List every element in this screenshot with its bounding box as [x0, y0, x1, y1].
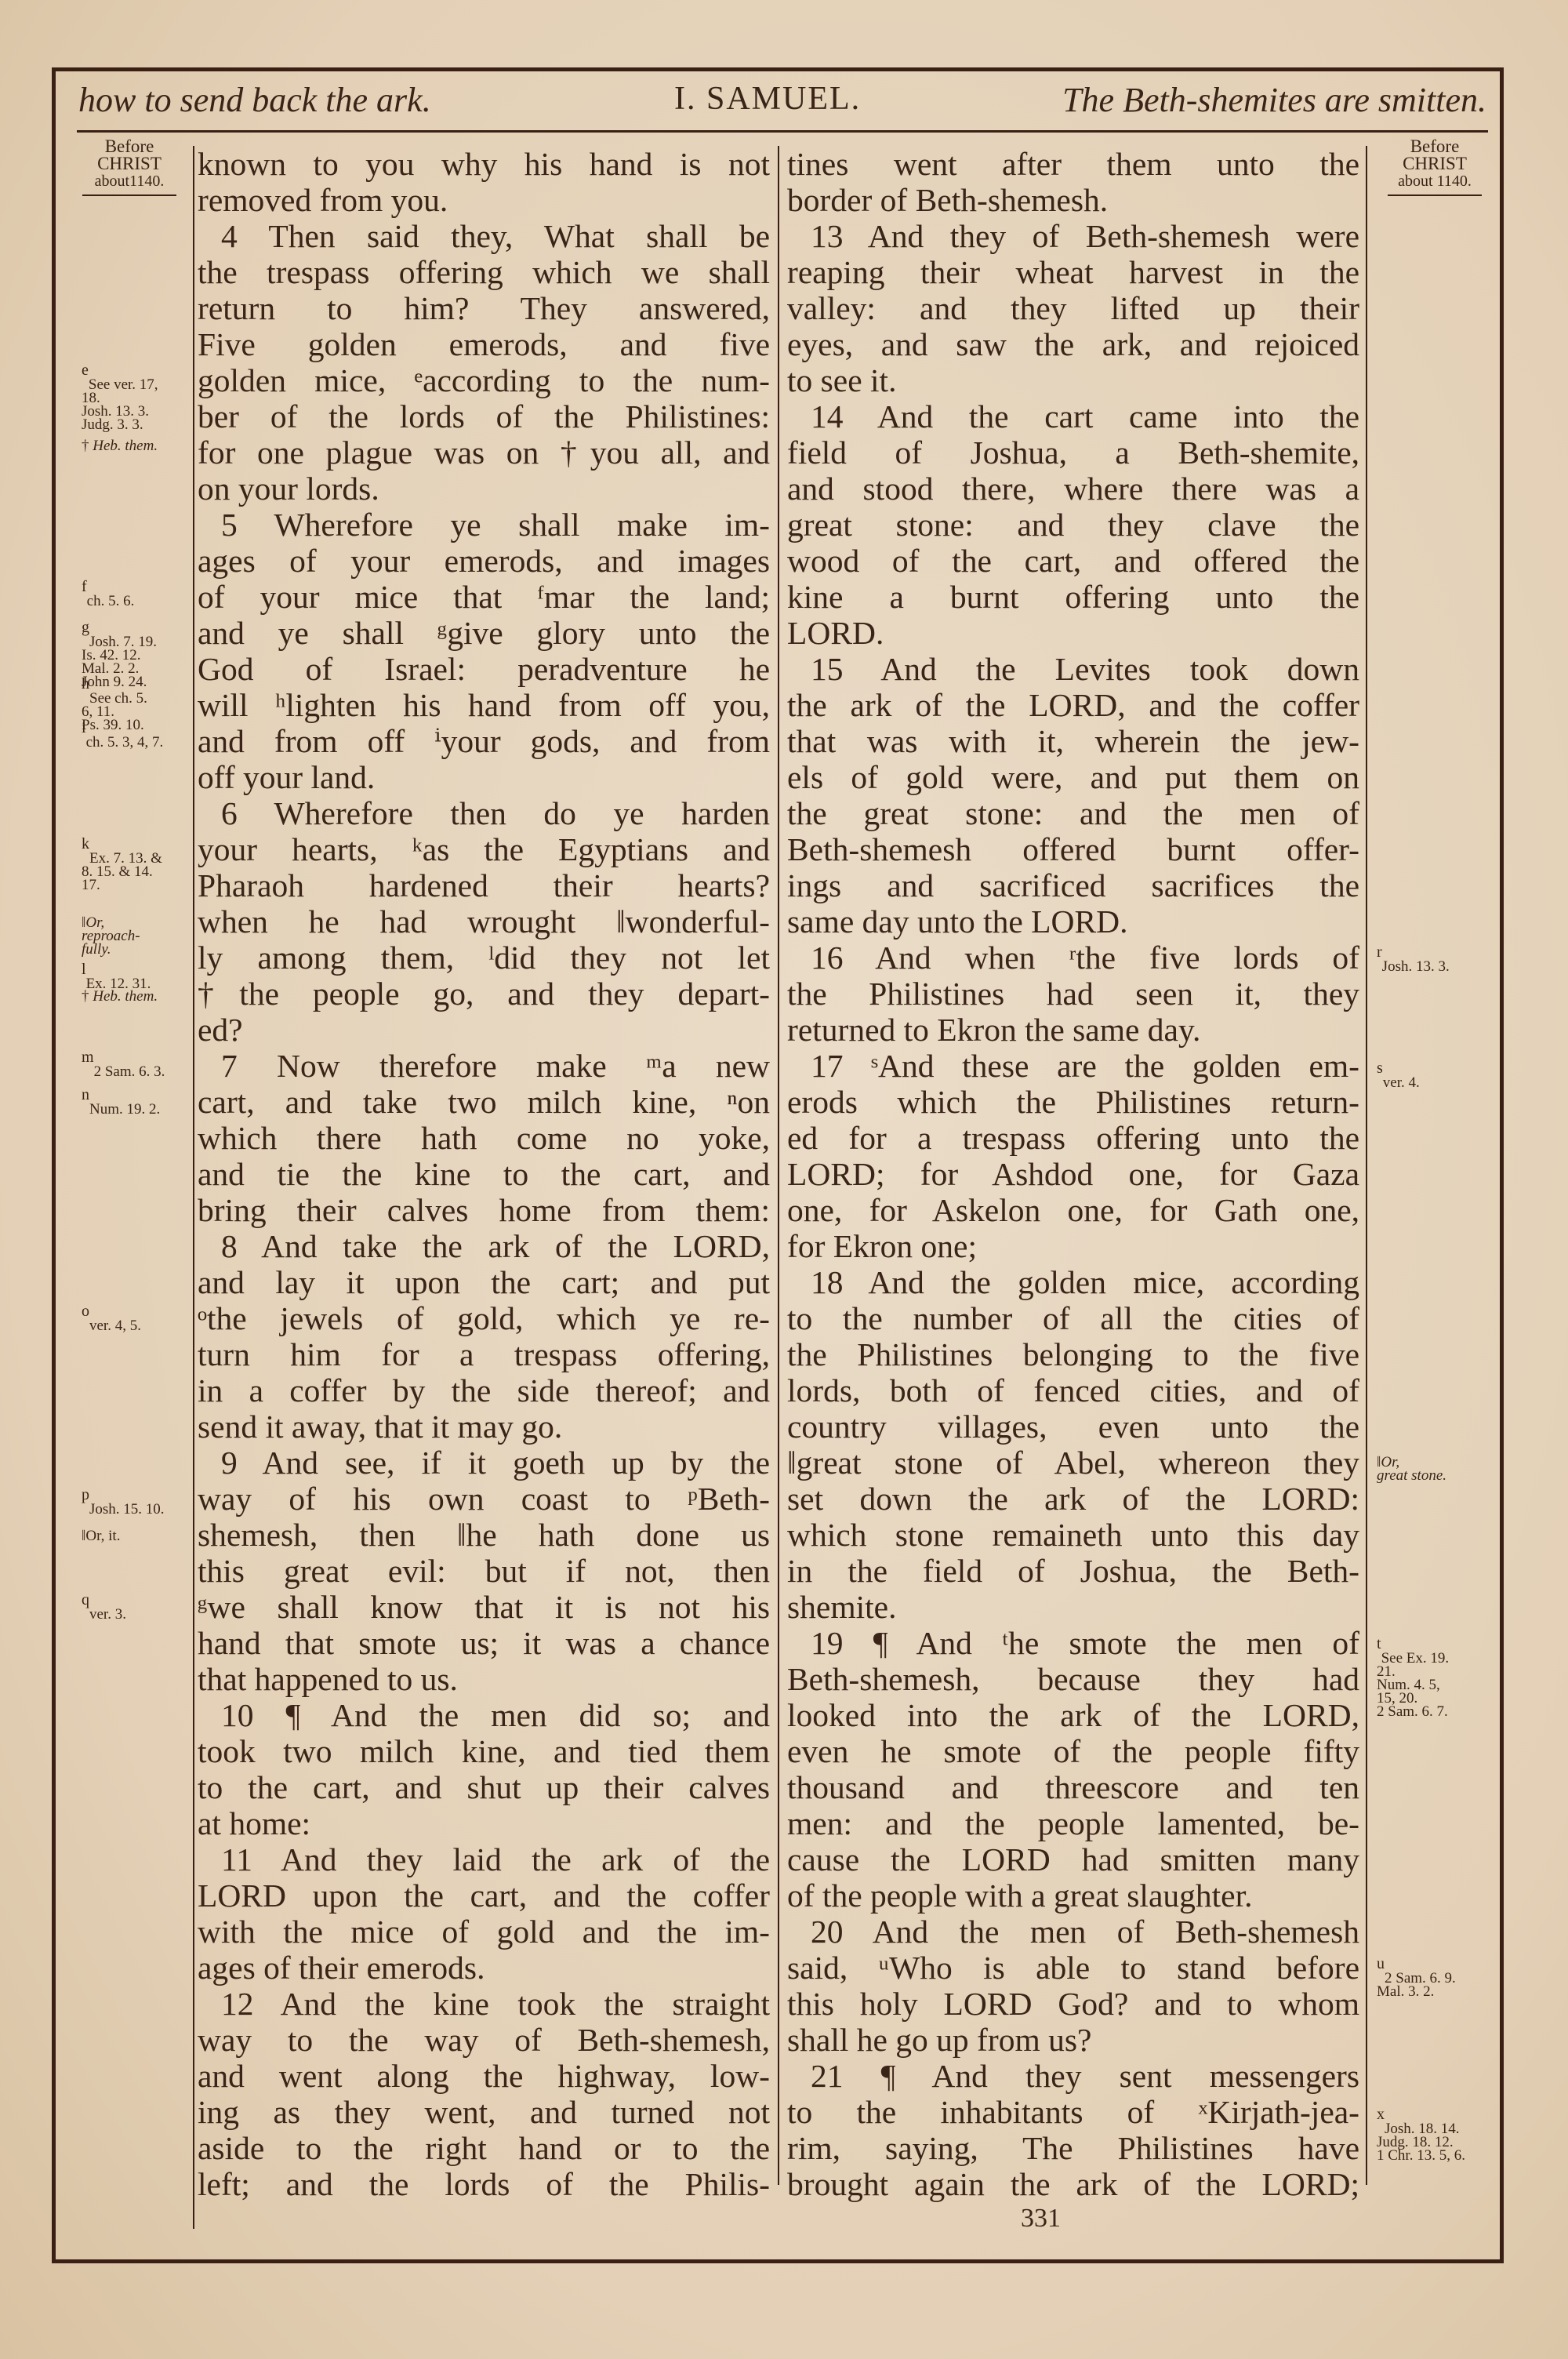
text-line: ed? — [198, 1012, 770, 1048]
chronology-line: CHRIST — [1380, 155, 1490, 173]
verse-20: 20 And the men of Beth-shemesh — [787, 1914, 1359, 1950]
reference-text: ch. 5. 6. — [87, 593, 135, 609]
text-line: aside to the right hand or to the — [198, 2130, 770, 2166]
cross-reference-note: qver. 3. — [82, 1600, 191, 1621]
chronology-right: Before CHRIST about 1140. — [1380, 138, 1490, 196]
text-line: Pharaoh hardened their hearts? — [198, 867, 770, 903]
text-line: in the field of Joshua, the Beth- — [787, 1553, 1359, 1589]
text-line: cart, and take two milch kine, ⁿon — [198, 1084, 770, 1120]
text-line: cause the LORD had smitten many — [787, 1841, 1359, 1877]
verse-17: 17 ˢAnd these are the golden em- — [787, 1048, 1359, 1084]
chronology-line: about 1140. — [1380, 173, 1490, 190]
text-line: ber of the lords of the Philistines: — [198, 398, 770, 434]
reference-mark: k — [82, 835, 89, 852]
reference-text: Or, it. — [85, 1528, 120, 1544]
text-line: to see it. — [787, 362, 1359, 398]
book-title: I. SAMUEL. — [674, 80, 861, 118]
text-line: field of Joshua, a Beth-shemite, — [787, 434, 1359, 471]
verse-18: 18 And the golden mice, according — [787, 1264, 1359, 1300]
reference-text: See ch. 5. 6, 11. Ps. 39. 10. — [82, 690, 147, 733]
text-line: eyes, and saw the ark, and rejoiced — [787, 326, 1359, 362]
text-line: known to you why his hand is not — [198, 146, 770, 182]
text-line: ᵍwe shall know that it is not his — [198, 1589, 770, 1625]
text-line: God of Israel: peradventure he — [198, 651, 770, 687]
cross-reference-note: † Heb. them. — [82, 439, 191, 453]
text-line: for one plague was on †you all, and — [198, 434, 770, 471]
text-line: removed from you. — [198, 182, 770, 218]
verse-14: 14 And the cart came into the — [787, 398, 1359, 434]
cross-reference-note: u2 Sam. 6. 9. Mal. 3. 2. — [1377, 1964, 1494, 1998]
cross-reference-note: ‖Or, it. — [82, 1529, 191, 1543]
cross-reference-note: kEx. 7. 13. & 8. 15. & 14. 17. — [82, 844, 191, 892]
reference-mark: q — [82, 1591, 89, 1608]
verse-4: 4 Then said they, What shall be — [198, 218, 770, 254]
chronology-line: Before — [78, 138, 180, 155]
text-line: and stood there, where there was a — [787, 471, 1359, 507]
left-text-column: known to you why his hand is not removed… — [198, 146, 770, 2202]
text-line: way to the way of Beth-shemesh, — [198, 2022, 770, 2058]
reference-mark: e — [82, 362, 89, 379]
cross-reference-note: over. 4, 5. — [82, 1311, 191, 1332]
text-line: shemesh, then ‖he hath done us — [198, 1517, 770, 1553]
text-line: which there hath come no yoke, — [198, 1120, 770, 1156]
text-line: reaping their wheat harvest in the — [787, 254, 1359, 290]
reference-mark: o — [82, 1303, 89, 1320]
text-line: to the inhabitants of ˣKirjath-jea- — [787, 2094, 1359, 2130]
text-line: LORD; for Ashdod one, for Gaza — [787, 1156, 1359, 1192]
reference-text: Josh. 7. 19. Is. 42. 12. Mal. 2. 2. John… — [82, 634, 157, 690]
chronology-rule — [82, 194, 176, 196]
text-line: LORD. — [787, 615, 1359, 651]
cross-reference-note: gJosh. 7. 19. Is. 42. 12. Mal. 2. 2. Joh… — [82, 627, 191, 689]
text-line: erods which the Philistines return- — [787, 1084, 1359, 1120]
verse-21: 21 ¶ And they sent messengers — [787, 2058, 1359, 2094]
reference-text: Or, reproach- fully. — [82, 914, 140, 958]
cross-reference-note: m2 Sam. 6. 3. — [82, 1057, 191, 1078]
text-line: this holy LORD God? and to whom — [787, 1986, 1359, 2022]
cross-reference-note: † Heb. them. — [82, 990, 191, 1003]
text-line: at home: — [198, 1805, 770, 1841]
right-text-column: tines went after them unto the border of… — [787, 146, 1359, 2202]
reference-text: ver. 4, 5. — [89, 1318, 141, 1334]
right-column-rule — [1366, 146, 1367, 2185]
text-line: Beth-shemesh offered burnt offer- — [787, 831, 1359, 867]
text-line: ings and sacrificed sacrifices the — [787, 867, 1359, 903]
text-line: and went along the highway, low- — [198, 2058, 770, 2094]
center-column-rule — [778, 146, 779, 2185]
reference-text: ch. 5. 3, 4, 7. — [86, 734, 164, 751]
text-line: that was with it, wherein the jew- — [787, 723, 1359, 759]
text-line: shall he go up from us? — [787, 2022, 1359, 2058]
reference-text: ver. 3. — [89, 1606, 126, 1623]
verse-12: 12 And the kine took the straight — [198, 1986, 770, 2022]
chronology-left: Before CHRIST about1140. — [78, 138, 180, 196]
page-number: 331 — [1021, 2204, 1061, 2234]
text-line: bring their calves home from them: — [198, 1192, 770, 1228]
text-line: ing as they went, and turned not — [198, 2094, 770, 2130]
reference-mark: s — [1377, 1060, 1383, 1077]
left-margin-notes: Before CHRIST about1140. — [78, 138, 180, 196]
cross-reference-note: rJosh. 13. 3. — [1377, 952, 1494, 973]
verse-15: 15 And the Levites took down — [787, 651, 1359, 687]
right-margin-notes: Before CHRIST about 1140. — [1380, 138, 1490, 196]
verse-6: 6 Wherefore then do ye harden — [198, 795, 770, 831]
text-line: will ʰlighten his hand from off you, — [198, 687, 770, 723]
text-line: valley: and they lifted up their — [787, 290, 1359, 326]
reference-text: Heb. them. — [93, 988, 158, 1005]
text-line: Five golden emerods, and five — [198, 326, 770, 362]
text-line: to the number of all the cities of — [787, 1300, 1359, 1336]
text-line: one, for Askelon one, for Gath one, — [787, 1192, 1359, 1228]
text-line: for Ekron one; — [787, 1228, 1359, 1264]
text-line: brought again the ark of the LORD; — [787, 2166, 1359, 2202]
reference-text: See ver. 17, 18. Josh. 13. 3. Judg. 3. 3… — [82, 376, 158, 433]
reference-text: Josh. 18. 14. Judg. 18. 12. 1 Chr. 13. 5… — [1377, 2121, 1465, 2164]
text-line: when he had wrought ‖wonderful- — [198, 903, 770, 940]
chronology-line: Before — [1380, 138, 1490, 155]
text-line: Beth-shemesh, because they had — [787, 1661, 1359, 1697]
text-line: of your mice that ᶠmar the land; — [198, 579, 770, 615]
text-line: kine a burnt offering unto the — [787, 579, 1359, 615]
text-line: in a coffer by the side thereof; and — [198, 1372, 770, 1408]
text-line: country villages, even unto the — [787, 1408, 1359, 1445]
text-line: and tie the kine to the cart, and — [198, 1156, 770, 1192]
reference-mark: u — [1377, 1955, 1385, 1972]
cross-reference-note: tSee Ex. 19. 21. Num. 4. 5, 15, 20. 2 Sa… — [1377, 1644, 1494, 1718]
text-line: off your land. — [198, 759, 770, 795]
left-column-rule — [193, 146, 194, 2229]
text-line: the Philistines had seen it, they — [787, 976, 1359, 1012]
text-line: set down the ark of the LORD: — [787, 1481, 1359, 1517]
verse-7: 7 Now therefore make ᵐa new — [198, 1048, 770, 1084]
reference-mark: m — [82, 1049, 94, 1066]
reference-mark: † — [82, 988, 89, 1005]
text-line: way of his own coast to ᵖBeth- — [198, 1481, 770, 1517]
text-line: golden mice, ᵉaccording to the num- — [198, 362, 770, 398]
cross-reference-note: xJosh. 18. 14. Judg. 18. 12. 1 Chr. 13. … — [1377, 2114, 1494, 2162]
cross-reference-note: pJosh. 15. 10. — [82, 1495, 191, 1516]
verse-19: 19 ¶ And ᵗhe smote the men of — [787, 1625, 1359, 1661]
text-line: border of Beth-shemesh. — [787, 182, 1359, 218]
text-line: turn him for a trespass offering, — [198, 1336, 770, 1372]
reference-mark: p — [82, 1486, 89, 1503]
text-line: ly among them, ˡdid they not let — [198, 940, 770, 976]
text-line: great stone: and they clave the — [787, 507, 1359, 543]
header-rule — [77, 130, 1488, 133]
reference-text: Num. 19. 2. — [89, 1101, 160, 1118]
reference-mark: x — [1377, 2106, 1385, 2123]
text-line: left; and the lords of the Philis- — [198, 2166, 770, 2202]
text-line: lords, both of fenced cities, and of — [787, 1372, 1359, 1408]
reference-mark: f — [82, 578, 87, 595]
text-line: the Philistines belonging to the five — [787, 1336, 1359, 1372]
text-line: ages of your emerods, and images — [198, 543, 770, 579]
reference-mark: h — [82, 675, 89, 692]
text-line: rim, saying, The Philistines have — [787, 2130, 1359, 2166]
reference-mark: † — [82, 438, 89, 454]
text-line: to the cart, and shut up their calves — [198, 1769, 770, 1805]
cross-reference-note: ‖Or, great stone. — [1377, 1456, 1494, 1482]
text-line: which stone remaineth unto this day — [787, 1517, 1359, 1553]
text-line: ‖great stone of Abel, whereon they — [787, 1445, 1359, 1481]
reference-text: 2 Sam. 6. 3. — [94, 1063, 165, 1080]
reference-text: See Ex. 19. 21. Num. 4. 5, 15, 20. 2 Sam… — [1377, 1650, 1449, 1720]
verse-8: 8 And take the ark of the LORD, — [198, 1228, 770, 1264]
reference-text: Josh. 15. 10. — [89, 1501, 165, 1518]
text-line: and from off ⁱyour gods, and from — [198, 723, 770, 759]
text-line: the great stone: and the men of — [787, 795, 1359, 831]
text-line: shemite. — [787, 1589, 1359, 1625]
verse-13: 13 And they of Beth-shemesh were — [787, 218, 1359, 254]
text-line: ed for a trespass offering unto the — [787, 1120, 1359, 1156]
cross-reference-note: hSee ch. 5. 6, 11. Ps. 39. 10. — [82, 684, 191, 732]
text-line: send it away, that it may go. — [198, 1408, 770, 1445]
text-line: els of gold were, and put them on — [787, 759, 1359, 795]
reference-text: Josh. 13. 3. — [1382, 958, 1450, 975]
text-line: tines went after them unto the — [787, 146, 1359, 182]
chronology-rule — [1388, 194, 1482, 196]
text-line: even he smote of the people fifty — [787, 1733, 1359, 1769]
running-head-left: how to send back the ark. — [78, 80, 431, 120]
cross-reference-note: fch. 5. 6. — [82, 587, 191, 608]
running-head-right: The Beth-shemites are smitten. — [1062, 80, 1486, 120]
text-line: hand that smote us; it was a chance — [198, 1625, 770, 1661]
running-head: how to send back the ark. I. SAMUEL. The… — [78, 78, 1497, 127]
verse-10: 10 ¶ And the men did so; and — [198, 1697, 770, 1733]
text-line: the ark of the LORD, and the coffer — [787, 687, 1359, 723]
text-line: the trespass offering which we shall — [198, 254, 770, 290]
chronology-line: about1140. — [78, 173, 180, 190]
cross-reference-note: eSee ver. 17, 18. Josh. 13. 3. Judg. 3. … — [82, 370, 191, 431]
verse-16: 16 And when ʳthe five lords of — [787, 940, 1359, 976]
reference-text: Or, great stone. — [1377, 1454, 1446, 1484]
verse-5: 5 Wherefore ye shall make im- — [198, 507, 770, 543]
text-line: your hearts, ᵏas the Egyptians and — [198, 831, 770, 867]
reference-mark: n — [82, 1086, 89, 1103]
reference-text: Ex. 7. 13. & 8. 15. & 14. 17. — [82, 850, 162, 893]
reference-mark: g — [82, 619, 89, 636]
verse-9: 9 And see, if it goeth up by the — [198, 1445, 770, 1481]
reference-text: ver. 4. — [1383, 1074, 1420, 1091]
text-line: returned to Ekron the same day. — [787, 1012, 1359, 1048]
text-line: ages of their emerods. — [198, 1950, 770, 1986]
text-line: thousand and threescore and ten — [787, 1769, 1359, 1805]
text-line: wood of the cart, and offered the — [787, 543, 1359, 579]
verse-11: 11 And they laid the ark of the — [198, 1841, 770, 1877]
text-line: on your lords. — [198, 471, 770, 507]
text-line: †the people go, and they depart- — [198, 976, 770, 1012]
reference-text: 2 Sam. 6. 9. Mal. 3. 2. — [1377, 1970, 1456, 2000]
text-line: and lay it upon the cart; and put — [198, 1264, 770, 1300]
text-line: looked into the ark of the LORD, — [787, 1697, 1359, 1733]
text-line: took two milch kine, and tied them — [198, 1733, 770, 1769]
cross-reference-note: ‖Or, reproach- fully. — [82, 916, 191, 956]
cross-reference-note: nNum. 19. 2. — [82, 1095, 191, 1116]
cross-reference-note: ich. 5. 3, 4, 7. — [82, 728, 191, 749]
reference-mark: r — [1377, 943, 1382, 961]
text-line: of the people with a great slaughter. — [787, 1877, 1359, 1914]
text-line: said, ᵘWho is able to stand before — [787, 1950, 1359, 1986]
text-line: with the mice of gold and the im- — [198, 1914, 770, 1950]
text-line: return to him? They answered, — [198, 290, 770, 326]
cross-reference-note: sver. 4. — [1377, 1068, 1494, 1089]
cross-reference-note: lEx. 12. 31. — [82, 969, 191, 990]
text-line: LORD upon the cart, and the coffer — [198, 1877, 770, 1914]
text-line: men: and the people lamented, be- — [787, 1805, 1359, 1841]
text-line: this great evil: but if not, then — [198, 1553, 770, 1589]
reference-text: Heb. them. — [93, 438, 158, 454]
text-line: ᵒthe jewels of gold, which ye re- — [198, 1300, 770, 1336]
text-line: and ye shall ᵍgive glory unto the — [198, 615, 770, 651]
chronology-line: CHRIST — [78, 155, 180, 173]
text-line: that happened to us. — [198, 1661, 770, 1697]
text-line: same day unto the LORD. — [787, 903, 1359, 940]
